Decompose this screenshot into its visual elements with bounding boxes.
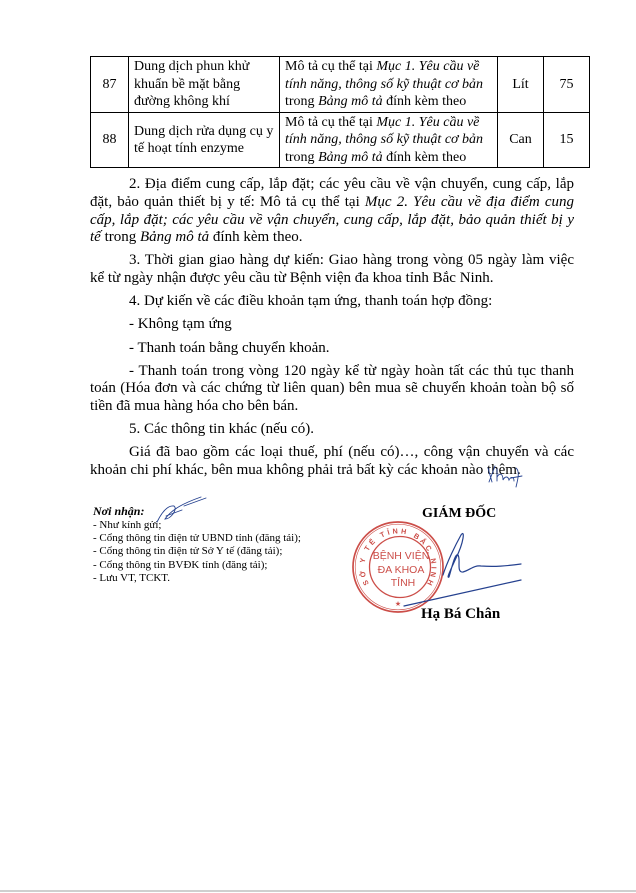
recipient-item: - Cổng thông tin điện tử UBND tỉnh (đăng… — [93, 532, 353, 545]
stamp-inner-ring — [370, 537, 431, 598]
item-quantity: 75 — [544, 57, 590, 113]
paragraph-bank-transfer: - Thanh toán bằng chuyển khoản. — [90, 340, 574, 358]
item-description: Mô tả cụ thể tại Mục 1. Yêu cầu về tính … — [280, 57, 498, 113]
stamp-outer-ring-thin — [355, 524, 441, 610]
paragraph-payment-deadline: - Thanh toán trong vòng 120 ngày kể từ n… — [90, 363, 574, 416]
text-run: đính kèm theo — [383, 150, 467, 165]
recipients-block: Nơi nhận: - Như kính gửi; - Cổng thông t… — [93, 504, 353, 585]
table-row: 88 Dung dịch rửa dụng cụ y tế hoạt tính … — [91, 113, 590, 168]
stamp-outer-ring — [353, 522, 443, 612]
text-run: đính kèm theo. — [209, 229, 302, 245]
paragraph-other-info: 5. Các thông tin khác (nếu có). — [90, 421, 574, 439]
italic-text: Bảng mô tả — [318, 94, 383, 109]
page-bottom-edge — [0, 890, 636, 892]
item-name: Dung dịch rửa dụng cụ y tế hoạt tính enz… — [129, 113, 280, 168]
item-unit: Can — [498, 113, 544, 168]
paragraph-delivery-location: 2. Địa điểm cung cấp, lắp đặt; các yêu c… — [90, 176, 574, 247]
row-number: 87 — [91, 57, 129, 113]
stamp-line-3: TỈNH — [391, 576, 416, 589]
text-run: trong — [101, 229, 140, 245]
italic-text: Bảng mô tả — [318, 150, 383, 165]
paragraph-price-note: Giá đã bao gồm các loại thuế, phí (nếu c… — [90, 444, 574, 480]
text-run: đính kèm theo — [383, 94, 467, 109]
body-text: 2. Địa điểm cung cấp, lắp đặt; các yêu c… — [90, 176, 574, 480]
recipient-item: - Cổng thông tin điện tử Sở Y tế (đăng t… — [93, 545, 353, 558]
signer-position: GIÁM ĐỐC — [422, 506, 496, 522]
star-icon: ★ — [395, 600, 401, 608]
paragraph-delivery-time: 3. Thời gian giao hàng dự kiến: Giao hàn… — [90, 252, 574, 288]
item-description: Mô tả cụ thể tại Mục 1. Yêu cầu về tính … — [280, 113, 498, 168]
italic-text: Bảng mô tả — [140, 229, 209, 245]
director-signature — [404, 534, 521, 606]
recipient-item: - Lưu VT, TCKT. — [93, 572, 353, 585]
document-page: 87 Dung dịch phun khử khuẩn bề mặt bằng … — [0, 0, 636, 893]
row-number: 88 — [91, 113, 129, 168]
text-run: trong — [285, 150, 318, 165]
stamp-ring-text: SỞ Y TẾ TỈNH BẮC NINH — [357, 526, 438, 587]
text-run: Mô tả cụ thể tại — [285, 59, 376, 74]
stamp-line-2: ĐA KHOA — [378, 564, 425, 576]
text-run: Mô tả cụ thể tại — [285, 115, 376, 130]
item-quantity: 15 — [544, 113, 590, 168]
text-run: trong — [285, 94, 318, 109]
recipient-item: - Như kính gửi; — [93, 519, 353, 532]
recipients-list: - Như kính gửi; - Cổng thông tin điện tử… — [93, 519, 353, 585]
item-unit: Lít — [498, 57, 544, 113]
table-row: 87 Dung dịch phun khử khuẩn bề mặt bằng … — [91, 57, 590, 113]
signer-name: Hạ Bá Chân — [421, 605, 500, 623]
item-name: Dung dịch phun khử khuẩn bề mặt bằng đườ… — [129, 57, 280, 113]
recipient-item: - Cổng thông tin BVĐK tỉnh (đăng tải); — [93, 559, 353, 572]
paragraph-payment-terms: 4. Dự kiến về các điều khoản tạm ứng, th… — [90, 293, 574, 311]
official-stamp: SỞ Y TẾ TỈNH BẮC NINH BỆNH VIỆN ĐA KHOA … — [353, 522, 443, 612]
stamp-line-1: BỆNH VIỆN — [373, 549, 430, 562]
paragraph-no-advance: - Không tạm ứng — [90, 316, 574, 334]
recipients-title: Nơi nhận: — [93, 504, 353, 519]
items-table: 87 Dung dịch phun khử khuẩn bề mặt bằng … — [90, 56, 590, 168]
